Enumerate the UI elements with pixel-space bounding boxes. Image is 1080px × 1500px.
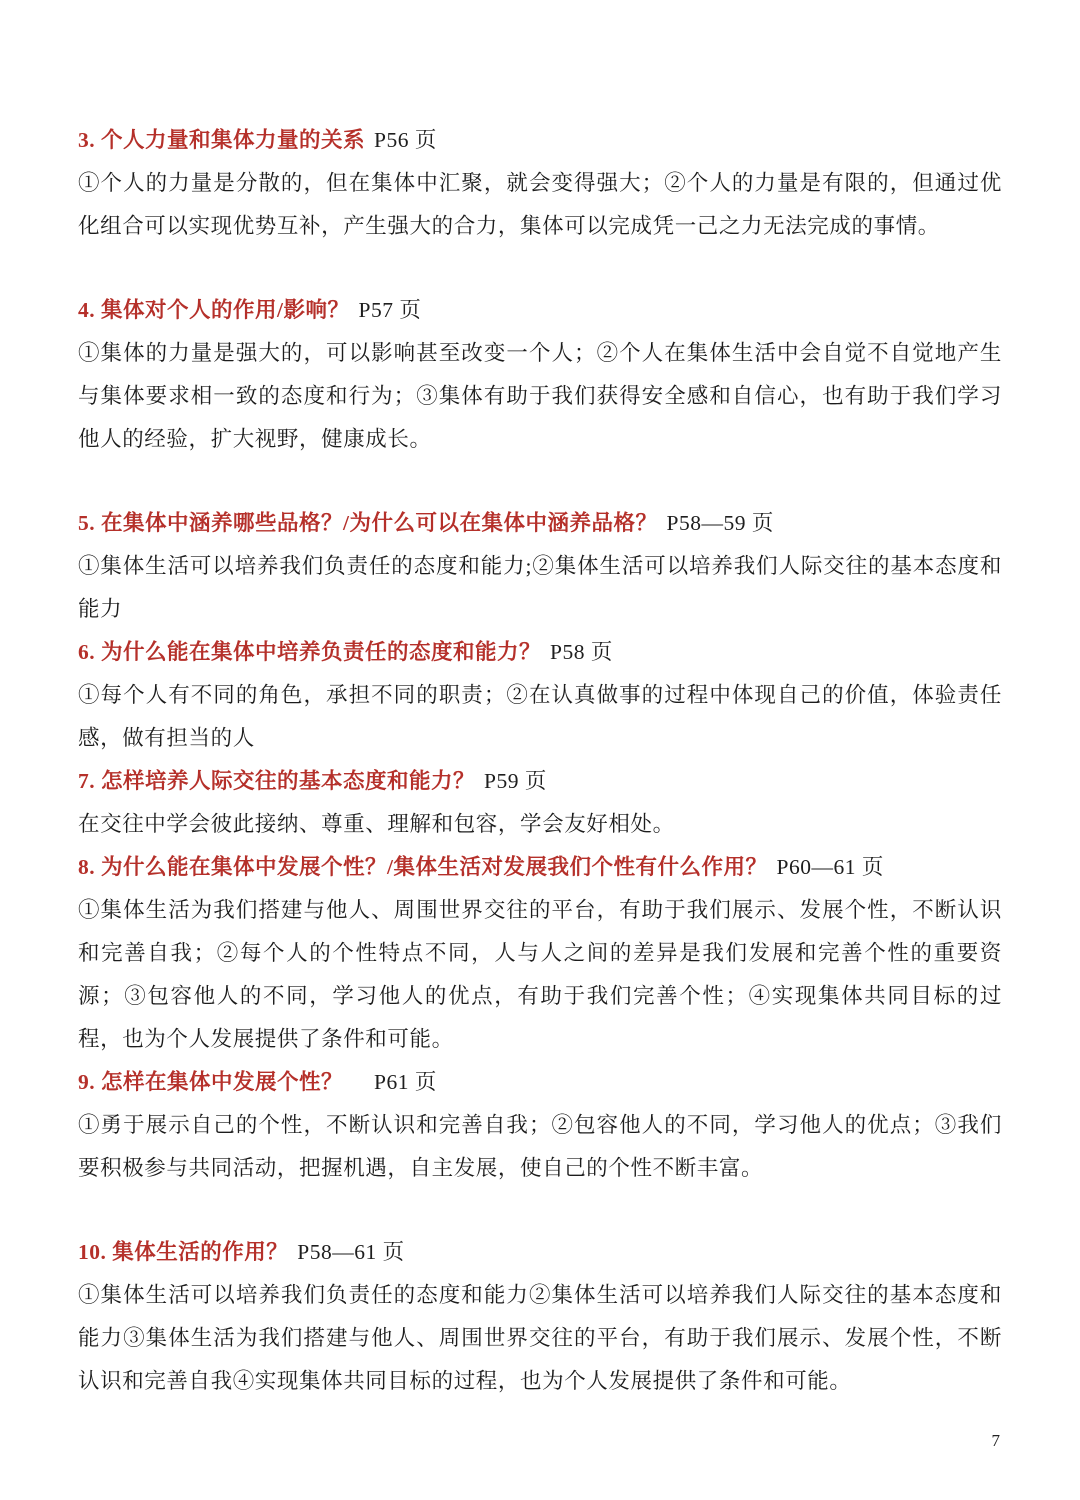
section-q8: 8. 为什么能在集体中发展个性？/集体生活对发展我们个性有什么作用？P60—61…	[78, 846, 1002, 1061]
section-q7: 7. 怎样培养人际交往的基本态度和能力？P59 页 在交往中学会彼此接纳、尊重、…	[78, 760, 1002, 846]
answer-text: ①集体生活可以培养我们负责任的态度和能力②集体生活可以培养我们人际交往的基本态度…	[78, 1274, 1002, 1403]
section-heading: 9. 怎样在集体中发展个性？ P61 页	[78, 1061, 1002, 1104]
question-title: 3. 个人力量和集体力量的关系	[78, 128, 365, 152]
section-heading: 3. 个人力量和集体力量的关系P56 页	[78, 119, 1002, 162]
section-heading: 8. 为什么能在集体中发展个性？/集体生活对发展我们个性有什么作用？P60—61…	[78, 846, 1002, 889]
section-q3: 3. 个人力量和集体力量的关系P56 页 ①个人的力量是分散的，但在集体中汇聚，…	[78, 119, 1002, 248]
section-heading: 7. 怎样培养人际交往的基本态度和能力？P59 页	[78, 760, 1002, 803]
document-page: 3. 个人力量和集体力量的关系P56 页 ①个人的力量是分散的，但在集体中汇聚，…	[78, 119, 1002, 1403]
page-ref: P58—61 页	[297, 1240, 404, 1264]
page-ref: P59 页	[484, 769, 547, 793]
page-ref: P58—59 页	[666, 511, 773, 535]
section-heading: 4. 集体对个人的作用/影响？P57 页	[78, 289, 1002, 332]
answer-text: 在交往中学会彼此接纳、尊重、理解和包容，学会友好相处。	[78, 803, 1002, 846]
page-ref: P60—61 页	[776, 855, 883, 879]
question-title: 8. 为什么能在集体中发展个性？/集体生活对发展我们个性有什么作用？	[78, 855, 767, 879]
page-number: 7	[992, 1430, 1001, 1452]
answer-text: ①集体生活可以培养我们负责任的态度和能力;②集体生活可以培养我们人际交往的基本态…	[78, 545, 1002, 631]
answer-text: ①勇于展示自己的个性，不断认识和完善自我；②包容他人的不同，学习他人的优点；③我…	[78, 1104, 1002, 1190]
section-heading: 10. 集体生活的作用？P58—61 页	[78, 1231, 1002, 1274]
section-q5: 5. 在集体中涵养哪些品格？/为什么可以在集体中涵养品格？P58—59 页 ①集…	[78, 502, 1002, 631]
section-q6: 6. 为什么能在集体中培养负责任的态度和能力？P58 页 ①每个人有不同的角色，…	[78, 631, 1002, 760]
answer-text: ①集体生活为我们搭建与他人、周围世界交往的平台，有助于我们展示、发展个性，不断认…	[78, 889, 1002, 1061]
answer-text: ①每个人有不同的角色，承担不同的职责；②在认真做事的过程中体现自己的价值，体验责…	[78, 674, 1002, 760]
question-title: 10. 集体生活的作用？	[78, 1240, 288, 1264]
page-ref: P57 页	[358, 298, 421, 322]
answer-text: ①个人的力量是分散的，但在集体中汇聚，就会变得强大；②个人的力量是有限的，但通过…	[78, 162, 1002, 248]
question-title: 4. 集体对个人的作用/影响？	[78, 298, 349, 322]
section-q10: 10. 集体生活的作用？P58—61 页 ①集体生活可以培养我们负责任的态度和能…	[78, 1231, 1002, 1403]
page-ref: P58 页	[550, 640, 613, 664]
answer-text: ①集体的力量是强大的，可以影响甚至改变一个人；②个人在集体生活中会自觉不自觉地产…	[78, 332, 1002, 461]
question-title: 6. 为什么能在集体中培养负责任的态度和能力？	[78, 640, 541, 664]
page-ref: P56 页	[374, 128, 437, 152]
question-title: 9. 怎样在集体中发展个性？	[78, 1070, 343, 1094]
section-q4: 4. 集体对个人的作用/影响？P57 页 ①集体的力量是强大的，可以影响甚至改变…	[78, 289, 1002, 461]
section-heading: 5. 在集体中涵养哪些品格？/为什么可以在集体中涵养品格？P58—59 页	[78, 502, 1002, 545]
section-q9: 9. 怎样在集体中发展个性？ P61 页 ①勇于展示自己的个性，不断认识和完善自…	[78, 1061, 1002, 1190]
question-title: 7. 怎样培养人际交往的基本态度和能力？	[78, 769, 475, 793]
section-heading: 6. 为什么能在集体中培养负责任的态度和能力？P58 页	[78, 631, 1002, 674]
page-ref: P61 页	[352, 1070, 437, 1094]
question-title: 5. 在集体中涵养哪些品格？/为什么可以在集体中涵养品格？	[78, 511, 657, 535]
